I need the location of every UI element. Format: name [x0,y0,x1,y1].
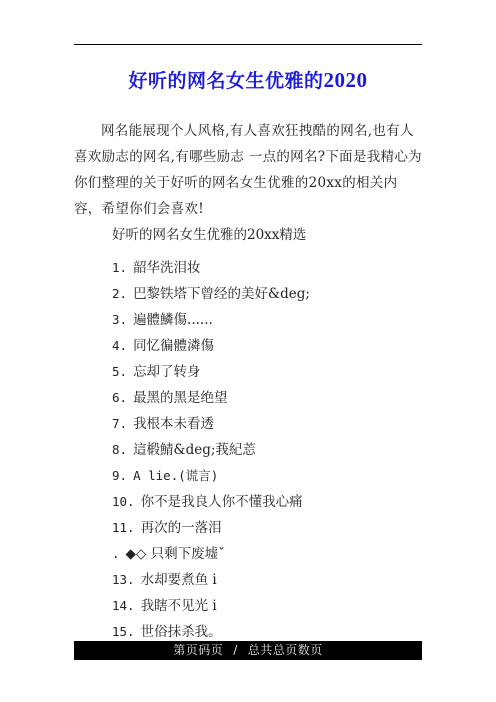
document-page: 好听的网名女生优雅的2020 网名能展现个人风格,有人喜欢狂拽酷的网名,也有人喜… [0,0,496,702]
list-item-number: 8. [112,442,127,457]
list-item: 4.同忆徧體潾傷 [112,336,310,362]
list-item: 5.忘却了转身 [112,362,310,388]
list-item: 13.水却要煮鱼 i [112,570,310,596]
list-item-number: 14. [112,598,135,613]
list-item: 7.我根本未看透 [112,414,310,440]
list-item-text: 世俗抹杀我。 [141,624,222,640]
list-item-number: 4. [112,338,127,353]
document-title: 好听的网名女生优雅的2020 [0,66,496,95]
list-item-text: 我瞎不见光 i [141,598,217,614]
list-item-number: 11. [112,520,135,535]
list-item-text: 遍體鱗傷...... [133,312,213,328]
list-item: 10.你不是我良人你不懂我心痛 [112,492,310,518]
list-item-text: 我根本未看透 [133,416,214,432]
list-item: 8.這椴鯖&deg;莪紀莣 [112,440,310,466]
list-item-number: 13. [112,572,135,587]
list-item-text: 同忆徧體潾傷 [133,338,214,354]
list-item-number: 10. [112,494,135,509]
list-item: 9.A lie.(谎言) [112,466,310,492]
list-item: 3.遍體鱗傷...... [112,310,310,336]
list-item: 11.再次的一落泪 [112,518,310,544]
page-footer: 第页码页/总共总页数页 [74,641,422,660]
footer-separator: / [233,643,238,657]
list-item-number: 7. [112,416,127,431]
list-item-number: 9. [112,468,127,483]
list-item-number: 15. [112,624,135,639]
list-item-text: 巴黎铁塔下曾经的美好&deg; [133,286,310,302]
list-item-text: 再次的一落泪 [141,520,222,536]
list-item-number: 2. [112,286,127,301]
footer-total-label: 总共总页数页 [248,643,323,657]
list-item: 1.韶华洗泪妆 [112,258,310,284]
document-title-year: 2020 [324,68,368,92]
list-item-number: 6. [112,390,127,405]
footer-page-label: 第页码页 [173,643,223,657]
list-item: 2.巴黎铁塔下曾经的美好&deg; [112,284,310,310]
list-item-text: ◆◇ 只剩下废墟ˇ [126,546,225,562]
list-item: .◆◇ 只剩下废墟ˇ [112,544,310,570]
document-title-text: 好听的网名女生优雅的 [128,70,323,92]
list-item-text: 韶华洗泪妆 [133,260,201,276]
list-item-number: 3. [112,312,127,327]
list-item-number: 5. [112,364,127,379]
list-item: 14.我瞎不见光 i [112,596,310,622]
intro-paragraph: 网名能展现个人风格,有人喜欢狂拽酷的网名,也有人喜欢励志的网名,有哪些励志 一点… [74,118,422,222]
list-item-text: 最黑的黑是绝望 [133,390,228,406]
list-item-number: 1. [112,260,127,275]
list-item-text: 忘却了转身 [133,364,201,380]
list-item-text: 這椴鯖&deg;莪紀莣 [133,442,256,458]
list-item: 6.最黑的黑是绝望 [112,388,310,414]
header-rule [74,44,422,45]
list-item-text: 你不是我良人你不懂我心痛 [141,494,303,510]
list-item-number: . [112,546,120,561]
list-item-text: 水却要煮鱼 i [141,572,217,588]
name-list: 1.韶华洗泪妆 2.巴黎铁塔下曾经的美好&deg; 3.遍體鱗傷...... 4… [112,258,310,648]
list-item-text: A lie.(谎言) [133,468,218,483]
section-heading: 好听的网名女生优雅的20xx精选 [112,225,306,245]
